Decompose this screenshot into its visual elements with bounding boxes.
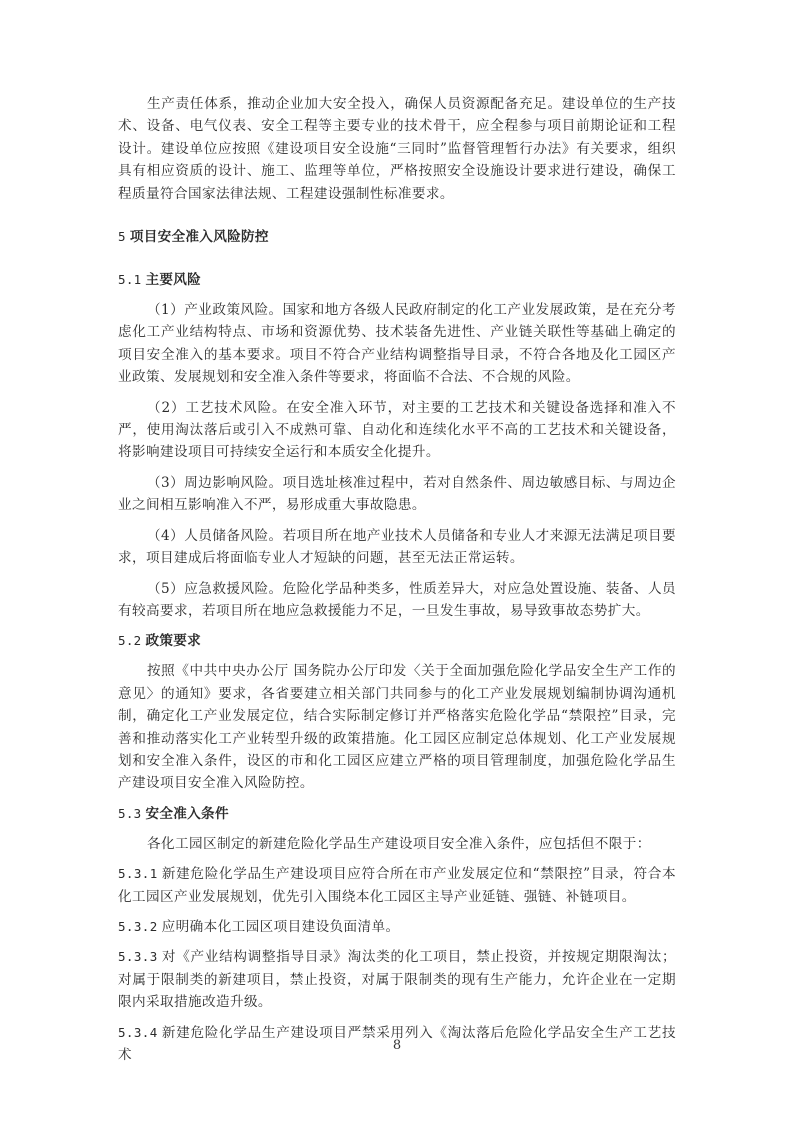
section-5-1-heading: 5.1主要风险 (118, 269, 676, 291)
clause-number: 5.3.1 (118, 866, 158, 881)
section-title: 主要风险 (145, 272, 201, 288)
clause-text: 对《产业结构调整指导目录》淘汰类的化工项目，禁止投资，并按规定期限淘汰；对属于限… (118, 949, 676, 1010)
clause-5-3-2: 5.3.2应明确本化工园区项目建设负面清单。 (118, 916, 676, 938)
section-number: 5.1 (118, 272, 141, 287)
risk-item-4: （4）人员储备风险。若项目所在地产业技术人员储备和专业人才来源无法满足项目要求，… (118, 525, 676, 570)
risk-item-5: （5）应急救援风险。危险化学品种类多，性质差异大，对应急处置设施、装备、人员有较… (118, 578, 676, 623)
section-5-3-heading: 5.3安全准入条件 (118, 803, 676, 825)
section-number: 5 (118, 229, 126, 244)
conditions-intro: 各化工园区制定的新建危险化学品生产建设项目安全准入条件，应包括但不限于： (118, 833, 676, 855)
section-title: 安全准入条件 (145, 806, 228, 822)
risk-item-2: （2）工艺技术风险。在安全准入环节，对主要的工艺技术和关键设备选择和准入不严，使… (118, 397, 676, 464)
clause-5-3-1: 5.3.1新建危险化学品生产建设项目应符合所在市产业发展定位和“禁限控”目录，符… (118, 863, 676, 908)
risk-item-1: （1）产业政策风险。国家和地方各级人民政府制定的化工产业发展政策，是在充分考虑化… (118, 299, 676, 389)
section-5-2-heading: 5.2政策要求 (118, 630, 676, 652)
clause-text: 应明确本化工园区项目建设负面清单。 (162, 919, 400, 935)
section-5-heading: 5项目安全准入风险防控 (118, 226, 676, 248)
clause-number: 5.3.3 (118, 949, 158, 964)
intro-paragraph: 生产责任体系，推动企业加大安全投入，确保人员资源配备充足。建设单位的生产技术、设… (118, 93, 676, 205)
clause-5-3-3: 5.3.3对《产业结构调整指导目录》淘汰类的化工项目，禁止投资，并按规定期限淘汰… (118, 946, 676, 1013)
section-title: 政策要求 (145, 633, 201, 649)
section-title: 项目安全准入风险防控 (130, 229, 269, 245)
document-page: 生产责任体系，推动企业加大安全投入，确保人员资源配备充足。建设单位的生产技术、设… (118, 93, 676, 1066)
page-number: 8 (0, 1038, 794, 1053)
section-number: 5.3 (118, 806, 141, 821)
clause-text: 新建危险化学品生产建设项目应符合所在市产业发展定位和“禁限控”目录，符合本化工园… (118, 866, 676, 904)
clause-number: 5.3.2 (118, 919, 158, 934)
section-number: 5.2 (118, 633, 141, 648)
policy-paragraph: 按照《中共中央办公厅 国务院办公厅印发〈关于全面加强危险化学品安全生产工作的意见… (118, 660, 676, 794)
risk-item-3: （3）周边影响风险。项目选址核准过程中，若对自然条件、周边敏感目标、与周边企业之… (118, 472, 676, 517)
